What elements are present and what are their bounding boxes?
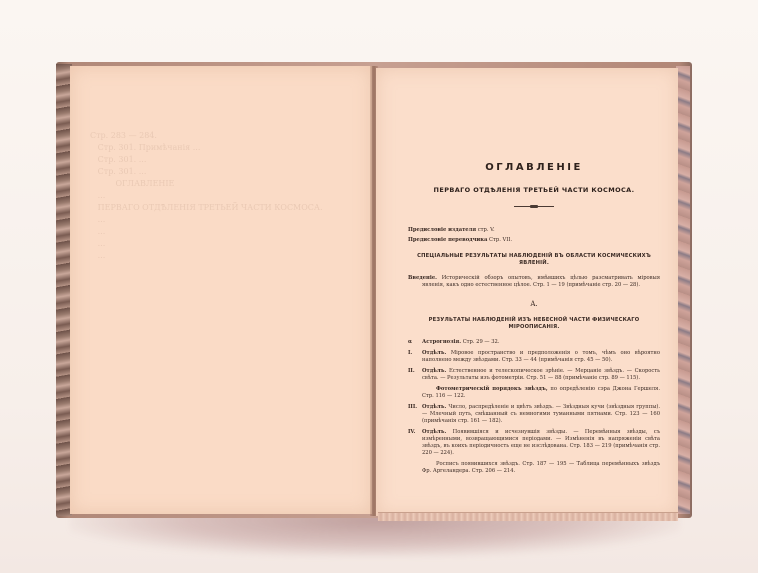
toc-entry: α Астрогнозія. Стр. 29 — 32.	[408, 339, 660, 346]
left-page-bleed-through: Стр. 283 — 284. Стр. 301. Примѣчанія ...…	[90, 130, 350, 490]
right-cover-edge	[676, 66, 690, 514]
toc-entry: III. Отдѣлъ. Число, распредѣленіе и цвѣт…	[408, 404, 660, 425]
page-title: ОГЛАВЛЕНІЕ	[408, 164, 660, 171]
toc-closing: Росписъ появившихся звѣздъ. Стр. 187 — 1…	[408, 461, 660, 475]
table-of-contents: ОГЛАВЛЕНІЕ ПЕРВАГО ОТДѢЛЕНІЯ ТРЕТЬЕЙ ЧАС…	[408, 160, 660, 479]
ornament-divider	[514, 206, 554, 207]
page-subtitle: ПЕРВАГО ОТДѢЛЕНІЯ ТРЕТЬЕЙ ЧАСТИ КОСМОСА.	[408, 187, 660, 194]
section-heading-special: СПЕЦІАЛЬНЫЕ РЕЗУЛЬТАТЫ НАБЛЮДЕНІЙ ВЪ ОБЛ…	[408, 253, 660, 267]
toc-introduction: Введеніе. Историческій обзоръ опытовъ, и…	[408, 275, 660, 289]
toc-entry: I. Отдѣлъ. Міровое пространство и предпо…	[408, 350, 660, 364]
toc-preface-translator: Предисловіе переводчика Стр. VII.	[408, 237, 660, 244]
toc-photometric: Фотометрическій порядокъ звѣздъ, по опре…	[408, 386, 660, 400]
toc-entry: II. Отдѣлъ. Естественное и телескопическ…	[408, 368, 660, 382]
page-stack-edge	[378, 512, 678, 521]
toc-preface-publisher: Предисловіе издателя стр. V.	[408, 227, 660, 234]
section-heading-part-a: РЕЗУЛЬТАТЫ НАБЛЮДЕНІЙ ИЗЪ НЕБЕСНОЙ ЧАСТИ…	[408, 317, 660, 331]
toc-entry: IV. Отдѣлъ. Появившіяся и исчезнувшія зв…	[408, 429, 660, 457]
part-letter: A.	[408, 301, 660, 308]
